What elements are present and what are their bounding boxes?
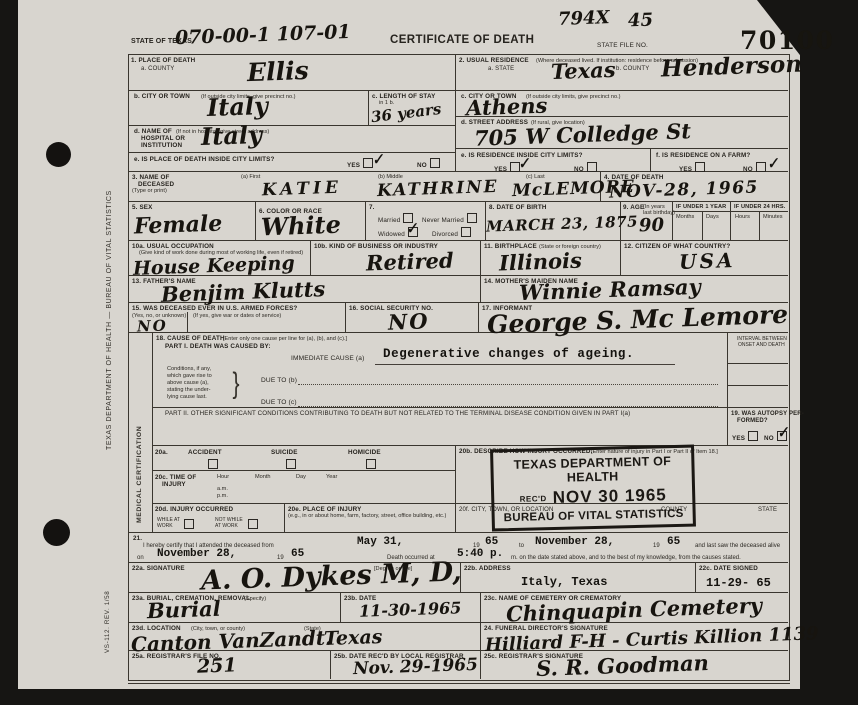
field-occupation: 10a. USUAL OCCUPATION (Give kind of work…	[129, 241, 311, 276]
value-date-of-birth: MARCH 23, 1875	[486, 214, 639, 234]
res-no-checkbox	[587, 162, 597, 172]
value-burial-type: Burial	[147, 598, 221, 622]
field-funeral-director: 24. FUNERAL DIRECTOR'S SIGNATURE Hilliar…	[481, 623, 788, 651]
stamp-date: NOV 30 1965	[553, 485, 667, 507]
value-attended-to: November 28,	[535, 537, 614, 548]
field-business-industry: 10b. KIND OF BUSINESS OR INDUSTRY Retire…	[311, 241, 481, 276]
certificate-title: CERTIFICATE OF DEATH	[390, 34, 534, 46]
value-age: 90	[639, 217, 665, 236]
field-date-of-death: 4. DATE OF DEATH NOV-28, 1965	[601, 172, 788, 202]
value-middle-name: KATHRINE	[377, 179, 499, 200]
value-city: Italy	[207, 94, 269, 120]
value-business: Retired	[366, 249, 454, 273]
value-residence-state: Texas	[551, 59, 616, 82]
field-physician-address: 22b. ADDRESS Italy, Texas	[461, 563, 696, 593]
value-date-of-death: NOV-28, 1965	[609, 179, 759, 201]
brace-glyph: }	[233, 367, 240, 401]
certificate-form: 1. PLACE OF DEATH a. COUNTY Ellis b. CIT…	[128, 54, 790, 681]
field-date-received: 25b. DATE REC'D BY LOCAL REGISTRAR Nov. …	[331, 651, 481, 679]
value-immediate-cause: Degenerative changes of ageing.	[383, 348, 634, 361]
farm-no-check: ✓	[766, 156, 780, 172]
field-injury-occurred: 20d. INJURY OCCURRED WHILE AT WORK NOT W…	[153, 504, 285, 533]
pod-yes-check: ✓	[371, 152, 385, 168]
value-last-seen-date: November 28,	[157, 549, 236, 560]
field-birthplace: 11. BIRTHPLACE (State or foreign country…	[481, 241, 621, 276]
field-informant: 17. INFORMANT George S. Mc Lemore	[479, 303, 788, 333]
field-armed-forces: 15. WAS DECEASED EVER IN U.S. ARMED FORC…	[129, 303, 346, 333]
value-county: Ellis	[247, 58, 309, 85]
while-at-work-checkbox	[184, 519, 194, 529]
field-father-name: 13. FATHER'S NAME Benjim Klutts	[129, 276, 481, 303]
value-burial-location-state: Texas	[324, 628, 383, 649]
value-death-time: 5:40 p.	[457, 549, 503, 560]
bottom-double-rule	[128, 683, 790, 684]
value-burial-date: 11-30-1965	[359, 600, 462, 620]
field-burial-type: 23a. BURIAL, CREMATION, REMOVAL (Specify…	[129, 593, 341, 623]
field-if-under-24-hrs: IF UNDER 24 HRS. Hours Minutes	[731, 202, 788, 241]
field-registrar-file-no: 25a. REGISTRAR'S FILE NO. 251	[129, 651, 331, 679]
stamp-line3: BUREAU OF VITAL STATISTICS	[495, 508, 693, 525]
field-citizen: 12. CITIZEN OF WHAT COUNTRY? USA	[621, 241, 788, 276]
pod-no-checkbox	[430, 158, 440, 168]
field-res-city-limits: e. IS RESIDENCE INSIDE CITY LIMITS? YES …	[456, 149, 651, 172]
field-res-farm: f. IS RESIDENCE ON A FARM? YES NO ✓	[651, 149, 788, 172]
field-street-address: d. STREET ADDRESS (If rural, give locati…	[456, 117, 788, 149]
received-stamp: TEXAS DEPARTMENT OF HEALTH REC'DNOV 30 1…	[490, 445, 696, 532]
value-father-name: Benjim Klutts	[161, 278, 326, 305]
field-burial-location: 23d. LOCATION (City, town, or county) (S…	[129, 623, 481, 651]
value-date-signed: 11-29- 65	[706, 577, 771, 589]
field-date-of-birth: 8. DATE OF BIRTH MARCH 23, 1875	[486, 202, 621, 241]
field-hospital-institution: d. NAME OF (If not in hospital, give str…	[129, 126, 456, 153]
punch-hole-bottom	[43, 519, 70, 546]
field-time-of-injury: 20c. TIME OF INJURY Hour a.m. p.m. Month…	[153, 471, 456, 504]
never-married-checkbox	[467, 213, 477, 223]
value-first-name: KATIE	[262, 180, 342, 200]
interval-column: INTERVAL BETWEEN ONSET AND DEATH	[728, 333, 788, 408]
field-cemetery: 23c. NAME OF CEMETERY OR CREMATORY Chinq…	[481, 593, 788, 623]
field-residence-city: c. CITY OR TOWN (If outside city limits,…	[456, 91, 788, 117]
field-residence-state-county: 2. USUAL RESIDENCE (Where deceased lived…	[456, 55, 788, 91]
value-registrar-file-no: 251	[197, 656, 237, 676]
suicide-checkbox	[286, 459, 296, 469]
field-burial-date: 23b. DATE 11-30-1965	[341, 593, 481, 623]
value-mother-name: Winnie Ramsay	[519, 276, 701, 303]
state-file-no-label: STATE FILE NO.	[597, 42, 648, 49]
value-physician-signature: A. O. Dykes M, D,	[201, 558, 462, 594]
value-birthplace: Illinois	[499, 250, 583, 274]
divorced-checkbox	[461, 227, 471, 237]
field-cause-of-death: 18. CAUSE OF DEATH [Enter only one cause…	[153, 333, 728, 408]
value-color-race: White	[261, 213, 342, 240]
field-ssn: 16. SOCIAL SECURITY NO. NO	[346, 303, 479, 333]
value-physician-address: Italy, Texas	[521, 576, 607, 588]
value-residence-county: Henderson	[661, 53, 803, 81]
field-autopsy: 19. WAS AUTOPSY PER- FORMED? YES NO ✓	[728, 408, 788, 446]
autopsy-no-check: ✓	[776, 425, 790, 441]
stamp-recd: REC'D	[520, 494, 547, 504]
value-sex: Female	[134, 212, 223, 237]
value-residence-city: Athens	[466, 95, 548, 119]
field-sex: 5. SEX Female	[129, 202, 256, 241]
field-date-signed: 22c. DATE SIGNED 11-29- 65	[696, 563, 788, 593]
field-name-of-deceased: 3. NAME OF DECEASED (Type or print) (a) …	[129, 172, 601, 202]
field-if-under-1-year: IF UNDER 1 YEAR Months Days	[673, 202, 731, 241]
autopsy-yes-checkbox	[748, 431, 758, 441]
value-street-address: 705 W Colledge St	[474, 120, 692, 149]
value-attended-from: May 31,	[357, 537, 403, 548]
value-ssn: NO	[388, 310, 430, 332]
farm-yes-checkbox	[695, 162, 705, 172]
medical-certification-strip: MEDICAL CERTIFICATION	[129, 333, 153, 533]
pencil-annotation-b: 45	[628, 12, 654, 31]
field-color-race: 6. COLOR OR RACE White	[256, 202, 366, 241]
field-place-of-injury: 20e. PLACE OF INJURY (e.g., in or about …	[285, 504, 456, 533]
field-physician-signature: 22a. SIGNATURE [Degree or title] A. O. D…	[129, 563, 461, 593]
field-pod-city-limits: e. IS PLACE OF DEATH INSIDE CITY LIMITS?…	[129, 153, 456, 172]
value-citizen: USA	[679, 250, 736, 272]
value-attended-to-year: 65	[667, 537, 680, 548]
value-registrar-signature: S. R. Goodman	[536, 652, 709, 679]
res-yes-check: ✓	[517, 156, 531, 172]
death-certificate-scan: { "glyph":{"check":"✓","brace":"}"}, "he…	[0, 0, 858, 705]
pencil-annotation-a: 794X	[558, 9, 610, 29]
field-other-conditions: PART II. OTHER SIGNIFICANT CONDITIONS CO…	[153, 408, 728, 446]
field-marital-status: 7. Married Never Married Widowed ✓ Divor…	[366, 202, 486, 241]
field-age: 9. AGE (In years last birthday) 90	[621, 202, 673, 241]
value-last-seen-year: 65	[291, 549, 304, 560]
margin-form-number: VS-112. REV. 1/58	[104, 553, 111, 653]
field-mother-name: 14. MOTHER'S MAIDEN NAME Winnie Ramsay	[481, 276, 788, 303]
accident-checkbox	[208, 459, 218, 469]
punch-hole-top	[46, 142, 71, 167]
field-place-of-death-county: 1. PLACE OF DEATH a. COUNTY Ellis	[129, 55, 456, 91]
homicide-checkbox	[366, 459, 376, 469]
not-while-at-work-checkbox	[248, 519, 258, 529]
value-attended-from-year: 65	[485, 537, 498, 548]
value-institution: Italy	[201, 123, 263, 149]
farm-no-checkbox	[756, 162, 766, 172]
field-accident-suicide-homicide: 20a. ACCIDENT SUICIDE HOMICIDE	[153, 446, 456, 471]
widowed-check: ✓	[405, 221, 419, 237]
field-registrar-signature: 25c. REGISTRAR'S SIGNATURE S. R. Goodman	[481, 651, 788, 679]
medical-certification-label: MEDICAL CERTIFICATION	[136, 348, 143, 523]
stamp-line1: TEXAS DEPARTMENT OF HEALTH	[493, 454, 692, 487]
value-date-received: Nov. 29-1965	[353, 657, 478, 678]
field-length-of-stay: c. LENGTH OF STAY in 1 b. 36 years	[369, 91, 456, 126]
margin-department-text: TEXAS DEPARTMENT OF HEALTH — BUREAU OF V…	[106, 120, 113, 450]
